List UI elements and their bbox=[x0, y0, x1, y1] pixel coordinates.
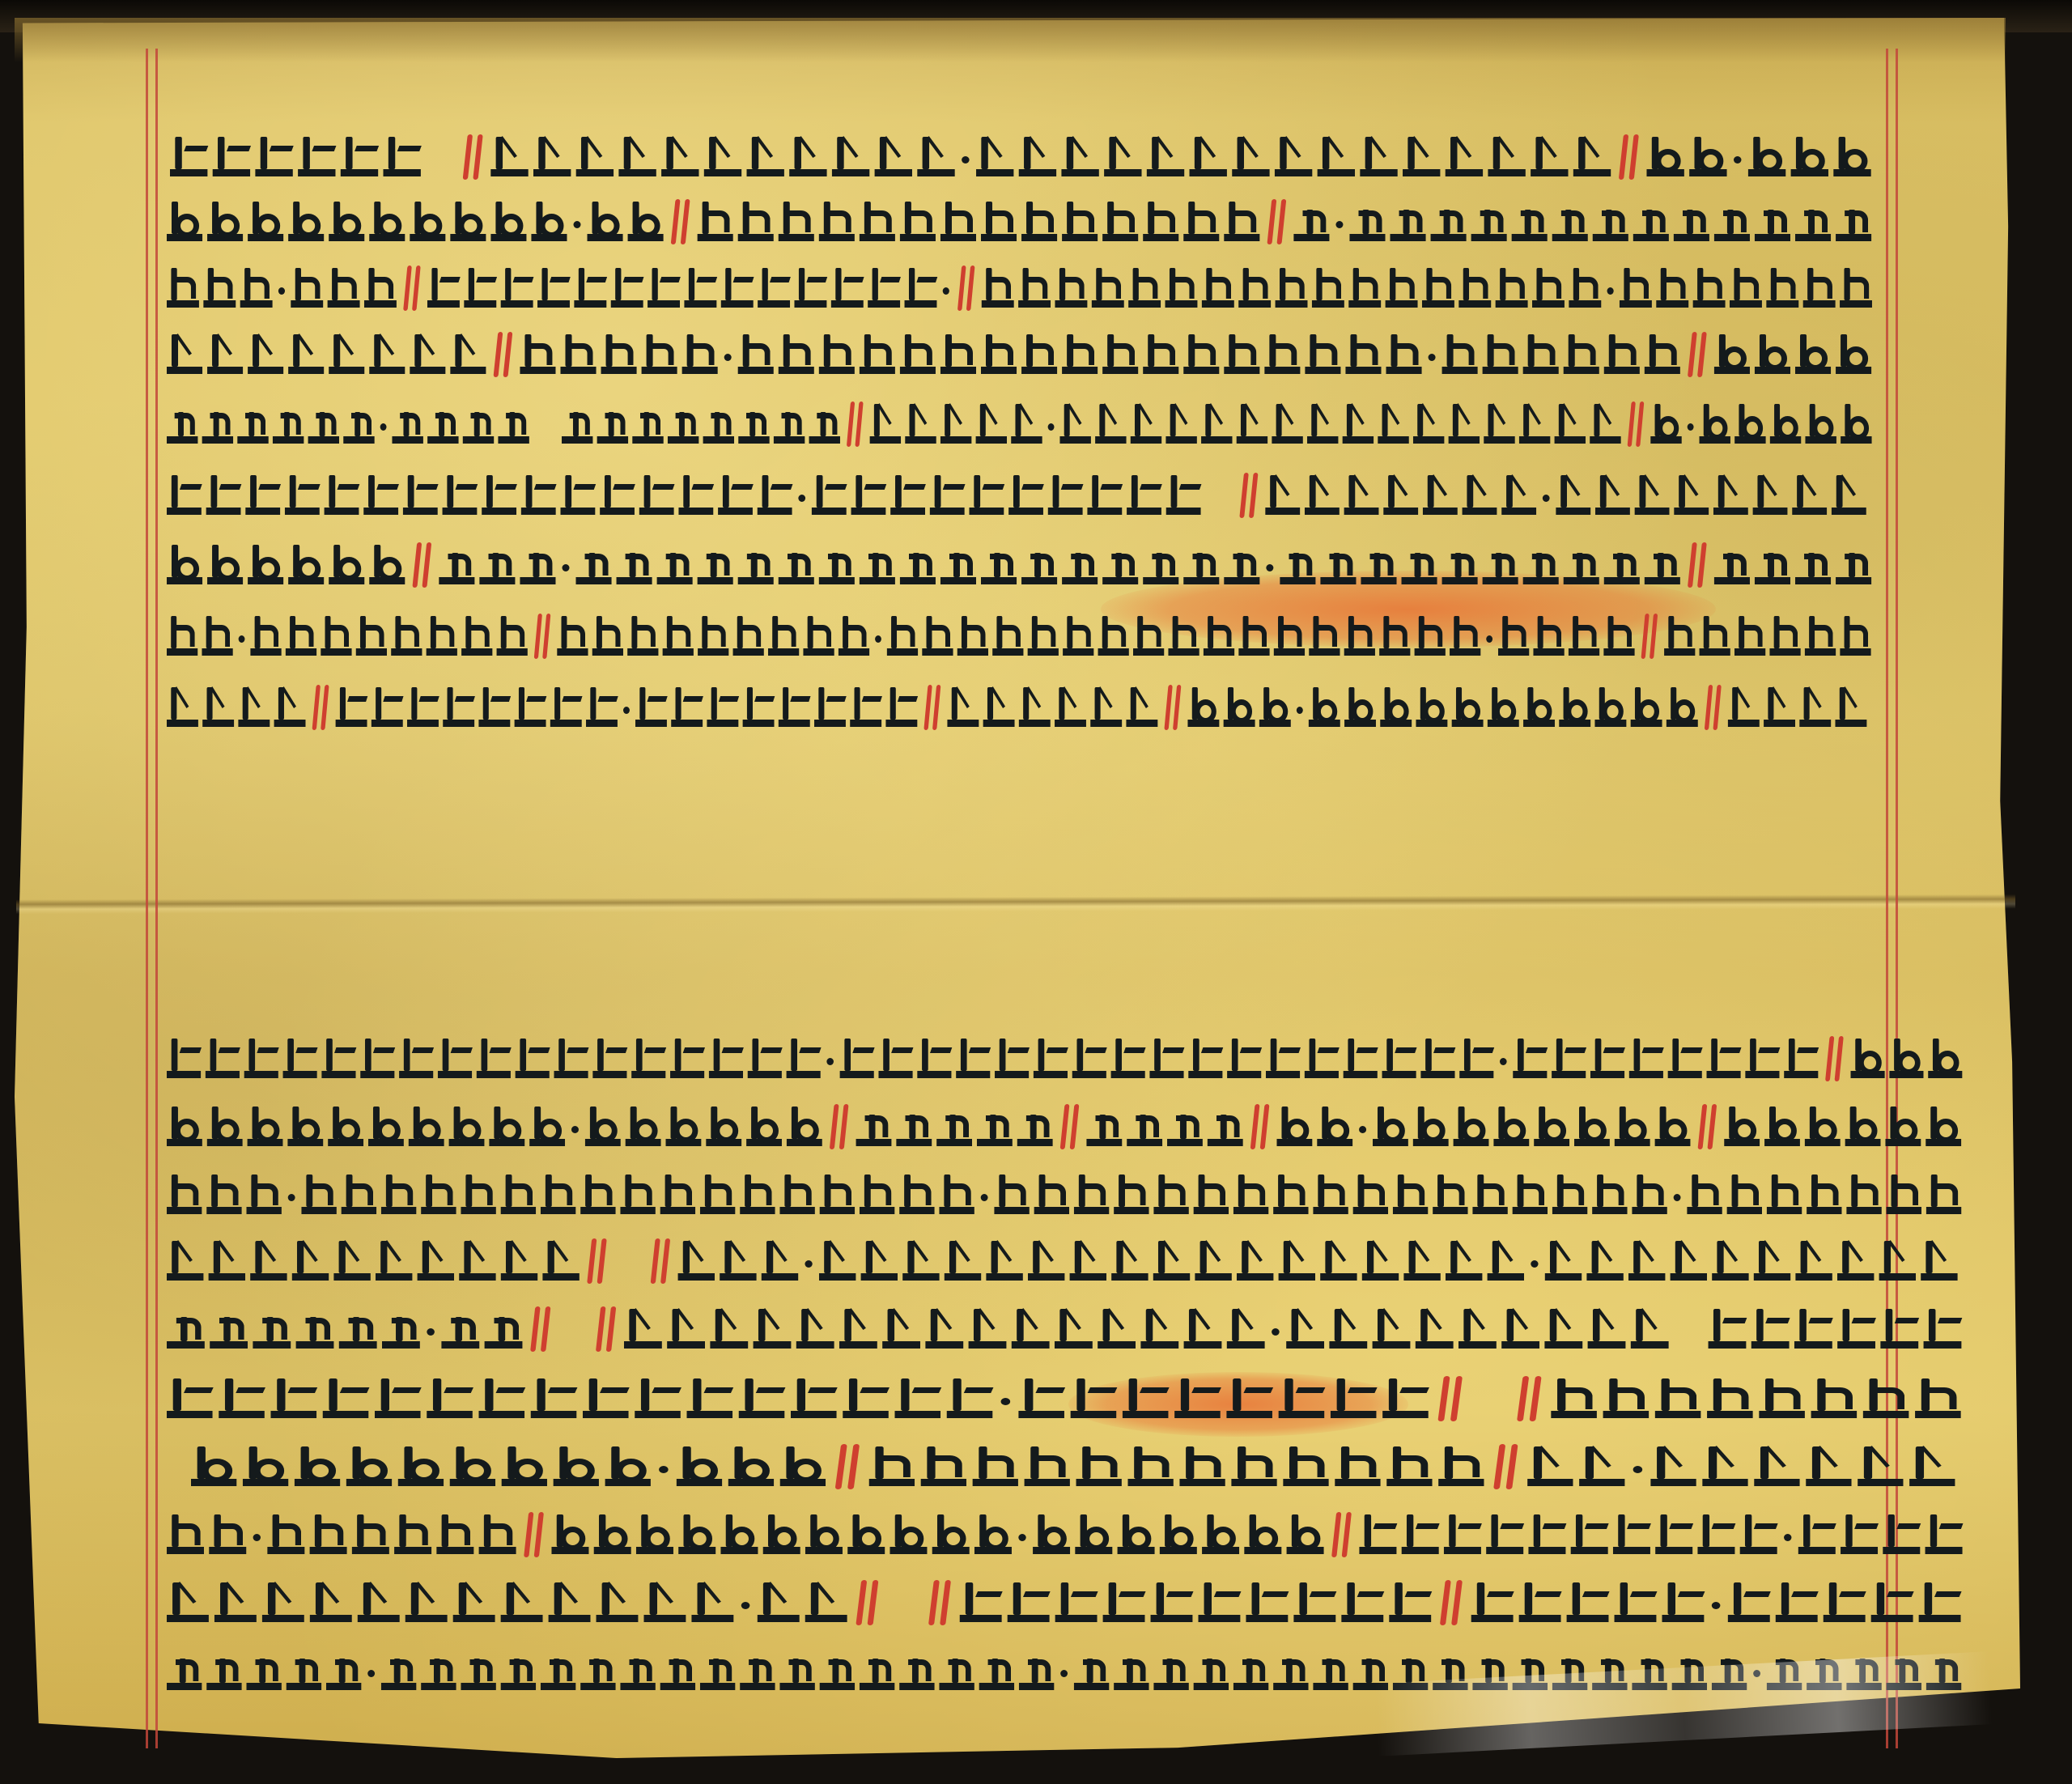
script-glyph bbox=[1655, 1109, 1691, 1146]
script-glyph bbox=[1450, 618, 1480, 656]
script-glyph bbox=[464, 270, 496, 308]
script-glyph bbox=[666, 1109, 702, 1146]
script-glyph bbox=[1160, 1517, 1197, 1554]
script-glyph bbox=[1533, 618, 1564, 656]
red-danda-mark bbox=[1628, 398, 1645, 444]
script-glyph bbox=[787, 1041, 821, 1078]
manuscript-line bbox=[167, 528, 1876, 584]
script-glyph bbox=[594, 1517, 631, 1554]
script-glyph bbox=[1840, 270, 1872, 308]
script-glyph bbox=[1656, 270, 1688, 308]
script-glyph bbox=[167, 1517, 204, 1554]
script-glyph bbox=[1341, 1585, 1383, 1622]
script-glyph bbox=[298, 139, 335, 176]
script-glyph bbox=[698, 618, 728, 656]
script-glyph bbox=[1667, 690, 1698, 727]
script-glyph bbox=[382, 1311, 420, 1349]
script-glyph bbox=[253, 1311, 291, 1349]
script-glyph bbox=[969, 1311, 1007, 1349]
script-glyph bbox=[1845, 1109, 1881, 1146]
script-glyph bbox=[796, 1311, 834, 1349]
left-margin-rule bbox=[146, 49, 148, 1748]
script-glyph bbox=[1544, 1311, 1582, 1349]
script-glyph bbox=[899, 1177, 934, 1214]
script-glyph bbox=[1472, 1177, 1507, 1214]
script-glyph bbox=[1353, 1177, 1388, 1214]
script-glyph bbox=[202, 690, 234, 727]
script-glyph bbox=[1841, 406, 1871, 444]
script-glyph bbox=[1593, 204, 1628, 241]
manuscript-line bbox=[170, 120, 1876, 176]
script-glyph bbox=[627, 618, 658, 656]
punctuation-dot bbox=[623, 707, 630, 714]
punctuation-dot bbox=[981, 1194, 988, 1201]
script-glyph bbox=[1833, 139, 1870, 176]
script-glyph bbox=[1153, 1177, 1188, 1214]
script-glyph bbox=[1361, 547, 1396, 584]
script-glyph bbox=[1293, 1585, 1335, 1622]
script-glyph bbox=[1755, 337, 1790, 374]
script-glyph bbox=[286, 618, 316, 656]
script-glyph bbox=[1879, 1243, 1916, 1281]
script-glyph bbox=[1305, 478, 1340, 515]
script-glyph bbox=[1633, 204, 1669, 241]
script-glyph bbox=[399, 1041, 433, 1078]
script-glyph bbox=[1373, 1109, 1408, 1146]
script-glyph bbox=[860, 1653, 894, 1690]
script-glyph bbox=[1883, 1517, 1920, 1554]
script-glyph bbox=[291, 270, 323, 308]
script-glyph bbox=[1123, 1381, 1169, 1418]
script-glyph bbox=[1805, 618, 1836, 656]
script-glyph bbox=[339, 1311, 377, 1349]
script-glyph bbox=[1534, 1109, 1569, 1146]
red-danda-mark bbox=[1061, 1101, 1081, 1146]
script-glyph bbox=[1018, 270, 1051, 308]
script-glyph bbox=[700, 1653, 735, 1690]
script-glyph bbox=[1378, 406, 1408, 444]
script-glyph bbox=[1012, 1311, 1050, 1349]
script-glyph bbox=[1458, 270, 1491, 308]
script-glyph bbox=[1062, 204, 1098, 241]
punctuation-dot bbox=[805, 1260, 812, 1268]
script-glyph bbox=[449, 1109, 485, 1146]
script-glyph bbox=[631, 1041, 665, 1078]
script-glyph bbox=[213, 139, 250, 176]
script-glyph bbox=[1111, 1041, 1145, 1078]
script-glyph bbox=[789, 139, 826, 176]
script-glyph bbox=[1391, 204, 1426, 241]
script-glyph bbox=[1317, 1109, 1352, 1146]
script-glyph bbox=[1824, 1585, 1866, 1622]
red-danda-mark bbox=[597, 1303, 618, 1349]
red-danda-mark bbox=[464, 131, 484, 176]
script-glyph bbox=[671, 690, 703, 727]
script-glyph bbox=[1344, 618, 1375, 656]
script-glyph bbox=[436, 1517, 473, 1554]
script-glyph bbox=[743, 690, 775, 727]
script-glyph bbox=[1615, 1109, 1650, 1146]
script-glyph bbox=[295, 1449, 340, 1486]
script-glyph bbox=[1184, 1311, 1222, 1349]
script-glyph bbox=[1552, 204, 1588, 241]
punctuation-dot bbox=[1359, 1126, 1366, 1133]
script-glyph bbox=[1483, 337, 1518, 374]
script-glyph bbox=[710, 1311, 748, 1349]
script-glyph bbox=[1791, 139, 1828, 176]
script-glyph bbox=[427, 406, 458, 444]
script-glyph bbox=[1858, 1449, 1903, 1486]
red-danda-mark bbox=[1332, 1509, 1352, 1554]
script-glyph bbox=[1329, 1311, 1367, 1349]
script-glyph bbox=[860, 547, 895, 584]
script-glyph bbox=[1237, 406, 1267, 444]
script-glyph bbox=[310, 1585, 352, 1622]
script-glyph bbox=[438, 1041, 472, 1078]
script-glyph bbox=[1571, 1517, 1608, 1554]
script-glyph bbox=[421, 1177, 456, 1214]
punctuation-dot bbox=[659, 1466, 669, 1473]
script-glyph bbox=[1071, 1381, 1117, 1418]
script-glyph bbox=[960, 1585, 1002, 1622]
red-danda-mark bbox=[1705, 682, 1722, 727]
script-glyph bbox=[1444, 1517, 1481, 1554]
script-glyph bbox=[1674, 478, 1709, 515]
script-glyph bbox=[739, 1381, 785, 1418]
red-danda-mark bbox=[847, 398, 864, 444]
punctuation-dot bbox=[1048, 423, 1055, 431]
script-glyph bbox=[1233, 1177, 1268, 1214]
script-glyph bbox=[1153, 1243, 1190, 1281]
script-glyph bbox=[667, 1311, 705, 1349]
script-glyph bbox=[502, 1449, 547, 1486]
script-glyph bbox=[1501, 478, 1536, 515]
script-glyph bbox=[803, 618, 834, 656]
script-glyph bbox=[620, 1653, 655, 1690]
script-glyph bbox=[1114, 1177, 1149, 1214]
red-danda-mark bbox=[494, 329, 513, 374]
script-glyph bbox=[1379, 618, 1410, 656]
script-glyph bbox=[1488, 139, 1525, 176]
script-glyph bbox=[167, 406, 197, 444]
script-glyph bbox=[1416, 1311, 1454, 1349]
punctuation-dot bbox=[724, 354, 732, 361]
script-glyph bbox=[945, 1243, 981, 1281]
script-glyph bbox=[1569, 618, 1599, 656]
script-glyph bbox=[720, 1243, 756, 1281]
script-glyph bbox=[754, 1311, 792, 1349]
script-glyph bbox=[325, 478, 359, 515]
script-glyph bbox=[247, 1653, 282, 1690]
script-glyph bbox=[1799, 690, 1831, 727]
script-glyph bbox=[678, 1517, 715, 1554]
script-glyph bbox=[296, 1311, 334, 1349]
script-glyph bbox=[167, 1585, 209, 1622]
script-glyph bbox=[592, 1041, 626, 1078]
script-glyph bbox=[779, 337, 814, 374]
script-glyph bbox=[1062, 547, 1098, 584]
script-glyph bbox=[1086, 1109, 1122, 1146]
script-glyph bbox=[635, 690, 667, 727]
script-glyph bbox=[1552, 1177, 1587, 1214]
script-glyph bbox=[779, 1177, 814, 1214]
script-glyph bbox=[779, 690, 810, 727]
script-glyph bbox=[851, 478, 886, 515]
script-glyph bbox=[1201, 406, 1232, 444]
script-glyph bbox=[250, 1243, 287, 1281]
red-danda-mark bbox=[413, 539, 432, 584]
script-glyph bbox=[1915, 1381, 1961, 1418]
script-glyph bbox=[209, 1243, 245, 1281]
script-glyph bbox=[981, 547, 1017, 584]
script-glyph bbox=[738, 406, 769, 444]
script-glyph bbox=[1025, 1449, 1070, 1486]
red-danda-mark bbox=[1251, 1101, 1271, 1146]
script-glyph bbox=[1604, 337, 1640, 374]
script-glyph bbox=[255, 139, 292, 176]
script-glyph bbox=[885, 690, 917, 727]
script-glyph bbox=[976, 406, 1007, 444]
manuscript-line bbox=[167, 1292, 1967, 1349]
script-glyph bbox=[1628, 1243, 1665, 1281]
script-glyph bbox=[1650, 1449, 1696, 1486]
script-glyph bbox=[1567, 1585, 1609, 1622]
red-danda-mark bbox=[1439, 1373, 1464, 1418]
script-glyph bbox=[728, 1449, 774, 1486]
script-glyph bbox=[840, 1041, 874, 1078]
script-glyph bbox=[1632, 1177, 1667, 1214]
script-glyph bbox=[1745, 1041, 1779, 1078]
script-glyph bbox=[1114, 1653, 1149, 1690]
script-glyph bbox=[1224, 337, 1259, 374]
script-glyph bbox=[1415, 618, 1446, 656]
script-glyph bbox=[541, 1177, 575, 1214]
script-glyph bbox=[1034, 1041, 1068, 1078]
script-glyph bbox=[1488, 690, 1519, 727]
script-glyph bbox=[740, 1653, 775, 1690]
script-glyph bbox=[896, 1109, 932, 1146]
punctuation-dot bbox=[427, 1328, 435, 1336]
red-danda-mark bbox=[312, 682, 329, 727]
script-glyph bbox=[1528, 1517, 1565, 1554]
script-glyph bbox=[1926, 1177, 1961, 1214]
script-glyph bbox=[554, 1041, 588, 1078]
script-glyph bbox=[1021, 204, 1057, 241]
script-glyph bbox=[207, 547, 243, 584]
script-glyph bbox=[1784, 1041, 1818, 1078]
script-glyph bbox=[1794, 1311, 1832, 1349]
punctuation-dot bbox=[1266, 564, 1273, 571]
script-glyph bbox=[1349, 204, 1385, 241]
punctuation-dot bbox=[943, 287, 949, 295]
script-glyph bbox=[248, 547, 283, 584]
script-glyph bbox=[1331, 1381, 1377, 1418]
script-glyph bbox=[917, 1041, 951, 1078]
script-glyph bbox=[1700, 618, 1730, 656]
manuscript-line bbox=[167, 458, 1871, 515]
script-glyph bbox=[1714, 204, 1750, 241]
script-glyph bbox=[992, 618, 1023, 656]
script-glyph bbox=[586, 690, 618, 727]
script-glyph bbox=[1335, 1449, 1380, 1486]
script-glyph bbox=[1386, 270, 1418, 308]
red-danda-mark bbox=[1641, 610, 1658, 656]
script-glyph bbox=[202, 618, 232, 656]
script-glyph bbox=[860, 204, 895, 241]
script-glyph bbox=[328, 1109, 363, 1146]
script-glyph bbox=[644, 1585, 686, 1622]
script-glyph bbox=[550, 690, 582, 727]
script-glyph bbox=[1266, 1041, 1300, 1078]
script-glyph bbox=[661, 139, 698, 176]
script-glyph bbox=[819, 337, 855, 374]
script-glyph bbox=[1734, 618, 1765, 656]
red-danda-mark bbox=[856, 1577, 879, 1622]
script-glyph bbox=[1183, 204, 1219, 241]
script-glyph bbox=[704, 139, 741, 176]
script-glyph bbox=[244, 1041, 278, 1078]
script-glyph bbox=[1751, 1311, 1790, 1349]
script-glyph bbox=[1019, 690, 1051, 727]
script-glyph bbox=[407, 690, 439, 727]
script-glyph bbox=[1195, 1243, 1231, 1281]
script-glyph bbox=[372, 690, 403, 727]
script-glyph bbox=[1344, 690, 1376, 727]
script-glyph bbox=[805, 1517, 843, 1554]
script-glyph bbox=[1840, 618, 1870, 656]
script-glyph bbox=[684, 270, 716, 308]
script-glyph bbox=[1380, 690, 1412, 727]
script-glyph bbox=[520, 337, 555, 374]
script-glyph bbox=[341, 139, 378, 176]
script-glyph bbox=[748, 1041, 782, 1078]
script-glyph bbox=[1555, 406, 1586, 444]
script-glyph bbox=[450, 1449, 495, 1486]
punctuation-dot bbox=[1335, 221, 1343, 228]
script-glyph bbox=[814, 690, 846, 727]
script-glyph bbox=[1863, 1381, 1909, 1418]
red-danda-mark bbox=[836, 1441, 861, 1486]
script-glyph bbox=[843, 1381, 889, 1418]
script-glyph bbox=[1604, 547, 1640, 584]
script-glyph bbox=[925, 1311, 963, 1349]
script-glyph bbox=[364, 270, 397, 308]
script-glyph bbox=[706, 1109, 741, 1146]
script-glyph bbox=[1034, 1177, 1069, 1214]
script-glyph bbox=[1386, 337, 1422, 374]
script-glyph bbox=[1224, 547, 1259, 584]
script-glyph bbox=[1523, 547, 1559, 584]
script-glyph bbox=[209, 1517, 246, 1554]
script-glyph bbox=[250, 618, 281, 656]
script-glyph bbox=[758, 1585, 800, 1622]
script-glyph bbox=[439, 547, 474, 584]
script-glyph bbox=[738, 204, 774, 241]
script-glyph bbox=[1179, 1449, 1225, 1486]
script-glyph bbox=[1531, 139, 1568, 176]
script-glyph bbox=[1194, 1653, 1229, 1690]
script-glyph bbox=[1183, 547, 1219, 584]
script-glyph bbox=[670, 1041, 704, 1078]
script-glyph bbox=[1594, 690, 1626, 727]
script-glyph bbox=[820, 1177, 855, 1214]
script-glyph bbox=[1754, 1243, 1790, 1281]
script-glyph bbox=[1795, 337, 1831, 374]
manuscript-line bbox=[167, 1361, 1967, 1418]
left-margin-rule bbox=[155, 49, 158, 1748]
script-glyph bbox=[490, 204, 526, 241]
script-glyph bbox=[1837, 1311, 1875, 1349]
script-glyph bbox=[1265, 478, 1300, 515]
script-glyph bbox=[1767, 1177, 1802, 1214]
script-glyph bbox=[1836, 547, 1871, 584]
script-glyph bbox=[1442, 547, 1478, 584]
script-glyph bbox=[1070, 1243, 1106, 1281]
script-glyph bbox=[939, 1177, 974, 1214]
script-glyph bbox=[758, 270, 790, 308]
script-glyph bbox=[1727, 1177, 1762, 1214]
script-glyph bbox=[597, 406, 628, 444]
script-glyph bbox=[1483, 547, 1518, 584]
script-glyph bbox=[740, 1177, 775, 1214]
script-glyph bbox=[1836, 337, 1871, 374]
script-glyph bbox=[207, 1109, 243, 1146]
script-glyph bbox=[1458, 1311, 1497, 1349]
script-glyph bbox=[1471, 1585, 1514, 1622]
script-glyph bbox=[691, 1585, 733, 1622]
script-glyph bbox=[635, 1381, 681, 1418]
script-glyph bbox=[479, 547, 515, 584]
script-glyph bbox=[1264, 337, 1300, 374]
script-glyph bbox=[1629, 1041, 1663, 1078]
script-glyph bbox=[1724, 1109, 1760, 1146]
script-glyph bbox=[1486, 1517, 1523, 1554]
script-glyph bbox=[1573, 139, 1611, 176]
script-glyph bbox=[1880, 1311, 1918, 1349]
script-glyph bbox=[1062, 337, 1098, 374]
script-glyph bbox=[1769, 618, 1800, 656]
script-glyph bbox=[1359, 1517, 1396, 1554]
script-glyph bbox=[1707, 1381, 1753, 1418]
script-glyph bbox=[682, 337, 718, 374]
script-glyph bbox=[1183, 337, 1219, 374]
punctuation-dot bbox=[1486, 635, 1492, 643]
script-glyph bbox=[1127, 478, 1161, 515]
script-glyph bbox=[940, 204, 976, 241]
script-glyph bbox=[1807, 1177, 1841, 1214]
script-glyph bbox=[1151, 1585, 1193, 1622]
script-glyph bbox=[1165, 270, 1198, 308]
script-glyph bbox=[1021, 547, 1057, 584]
script-glyph bbox=[1805, 406, 1836, 444]
script-glyph bbox=[328, 270, 360, 308]
script-glyph bbox=[585, 1109, 621, 1146]
script-glyph bbox=[636, 1517, 673, 1554]
script-glyph bbox=[779, 204, 814, 241]
script-glyph bbox=[441, 1311, 479, 1349]
script-glyph bbox=[358, 1585, 400, 1622]
script-glyph bbox=[1055, 1311, 1093, 1349]
script-glyph bbox=[1140, 1311, 1178, 1349]
script-glyph bbox=[1532, 270, 1565, 308]
script-glyph bbox=[1713, 478, 1748, 515]
script-glyph bbox=[207, 337, 243, 374]
script-glyph bbox=[660, 1177, 695, 1214]
script-glyph bbox=[1798, 1517, 1836, 1554]
script-glyph bbox=[1416, 690, 1447, 727]
script-glyph bbox=[1143, 547, 1178, 584]
script-glyph bbox=[1286, 1311, 1324, 1349]
